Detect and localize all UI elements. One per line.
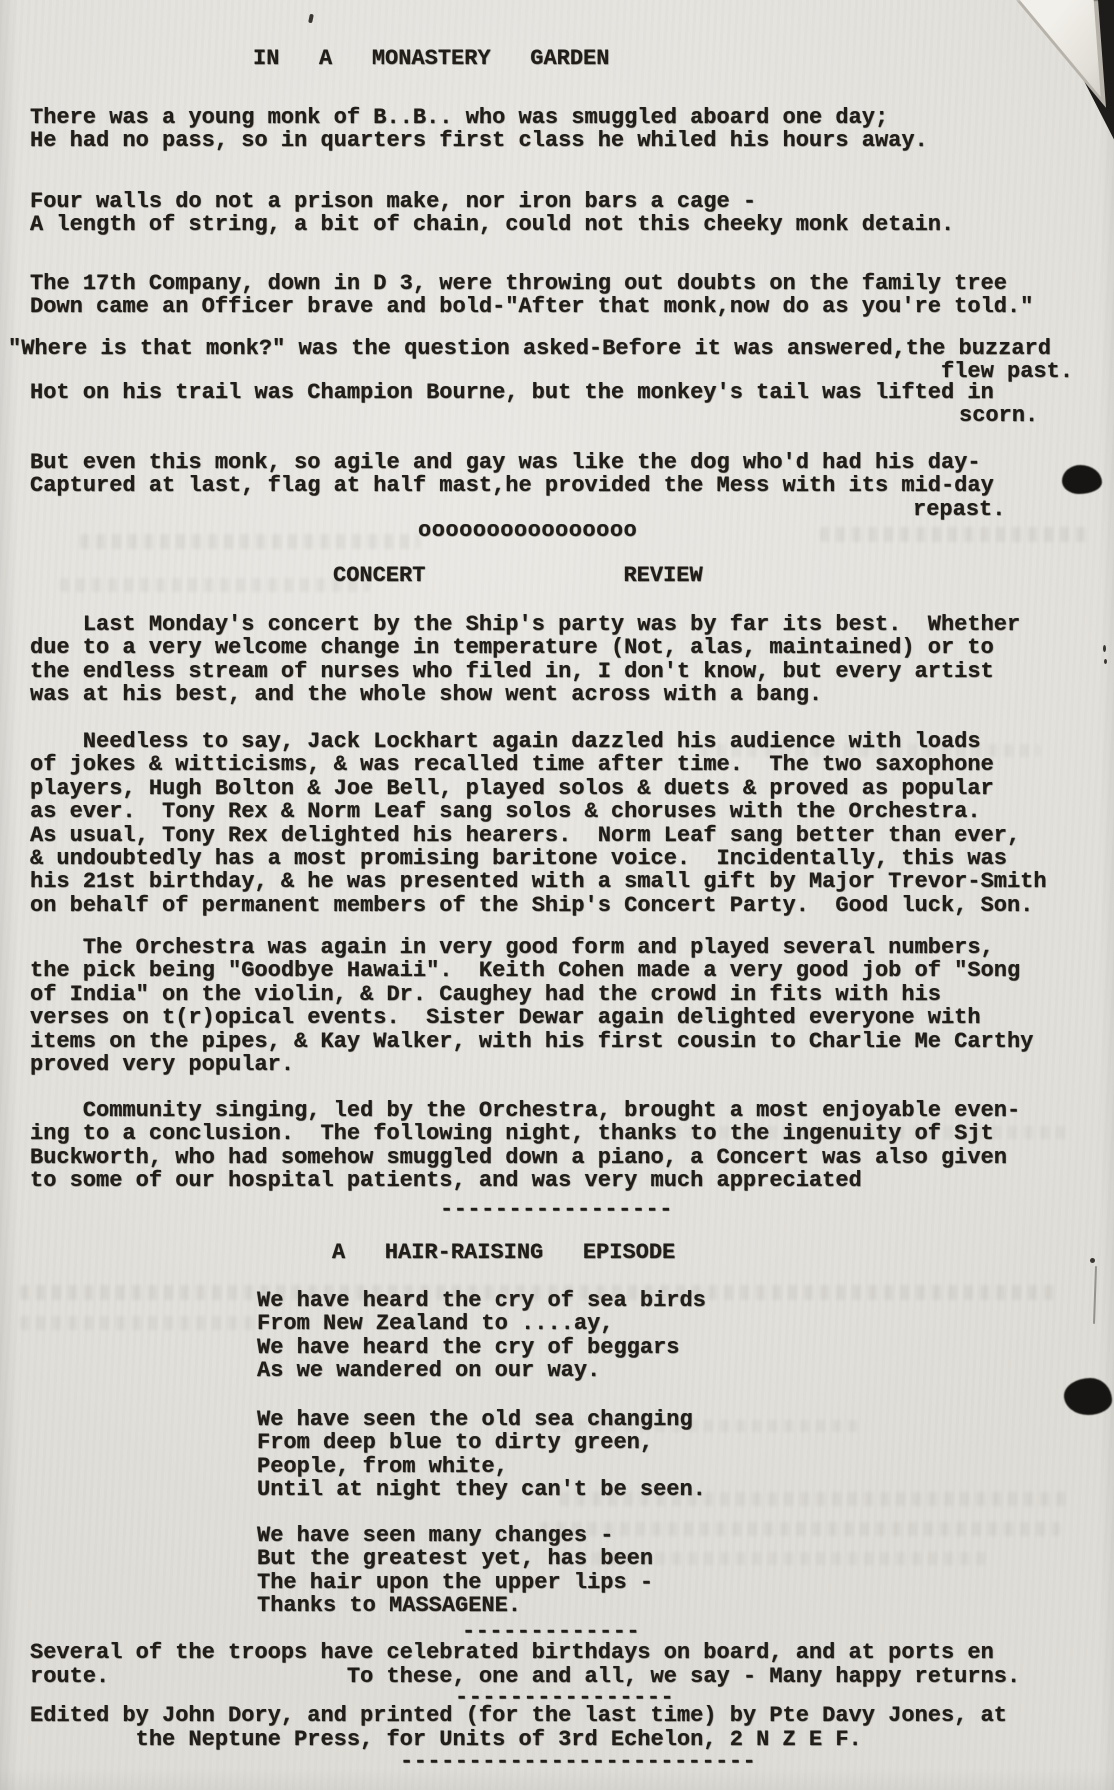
section-separator-circles: oooooooooooooooo [418,519,637,542]
ink-blot [1064,1378,1112,1415]
monastery-poem-stanza-3: The 17th Company, down in D 3, were thro… [30,272,1033,319]
bleed-through-smudge [820,527,1090,542]
scratch-mark [1093,1266,1097,1324]
birthdays-note-line-1: Several of the troops have celebrated bi… [30,1641,994,1664]
hair-raising-heading: A HAIR-RAISING EPISODE [332,1241,675,1264]
ink-blot [1062,465,1102,494]
ink-speck [1090,1258,1095,1263]
ink-speck [308,14,314,24]
scanned-newsletter-page: IN A MONASTERY GARDEN There was a young … [0,0,1114,1790]
monastery-poem-stanza-1: There was a young monk of B..B.. who was… [30,106,928,153]
monastery-poem-stanza-5: But even this monk, so agile and gay was… [30,451,994,498]
concert-review-paragraph-3: The Orchestra was again in very good for… [30,936,1033,1076]
concert-review-paragraph-1: Last Monday's concert by the Ship's part… [30,613,1020,707]
monastery-poem-stanza-4-line-2: Hot on his trail was Champion Bourne, bu… [30,381,994,404]
bleed-through-smudge [20,1316,260,1330]
ink-speck [1103,645,1106,652]
monastery-poem-stanza-5-carryover: repast. [913,498,1005,521]
colophon-line-1: Edited by John Dory, and printed (for th… [30,1704,1007,1727]
section-separator-dashes: ----------------- [440,1198,673,1221]
hair-raising-poem-stanza-3: We have seen many changes - But the grea… [257,1524,653,1618]
ink-speck [1104,659,1107,664]
concert-review-heading: CONCERT REVIEW [333,564,703,587]
section-separator-dashes: -------------------------- [400,1750,756,1773]
bleed-through-smudge [80,534,420,549]
concert-review-paragraph-2: Needless to say, Jack Lockhart again daz… [30,730,1047,917]
monastery-poem-stanza-4-carryover-2: scorn. [959,404,1038,427]
newsletter-title: IN A MONASTERY GARDEN [253,47,609,70]
bleed-through-smudge [60,578,370,592]
hair-raising-poem-stanza-2: We have seen the old sea changing From d… [257,1408,706,1502]
monastery-poem-stanza-2: Four walls do not a prison make, nor iro… [30,190,954,237]
monastery-poem-stanza-4-line-1: "Where is that monk?" was the question a… [8,337,1051,360]
hair-raising-poem-stanza-1: We have heard the cry of sea birds From … [257,1289,706,1383]
colophon-line-2: the Neptune Press, for Units of 3rd Eche… [30,1728,862,1751]
concert-review-paragraph-4: Community singing, led by the Orchestra,… [30,1099,1020,1193]
